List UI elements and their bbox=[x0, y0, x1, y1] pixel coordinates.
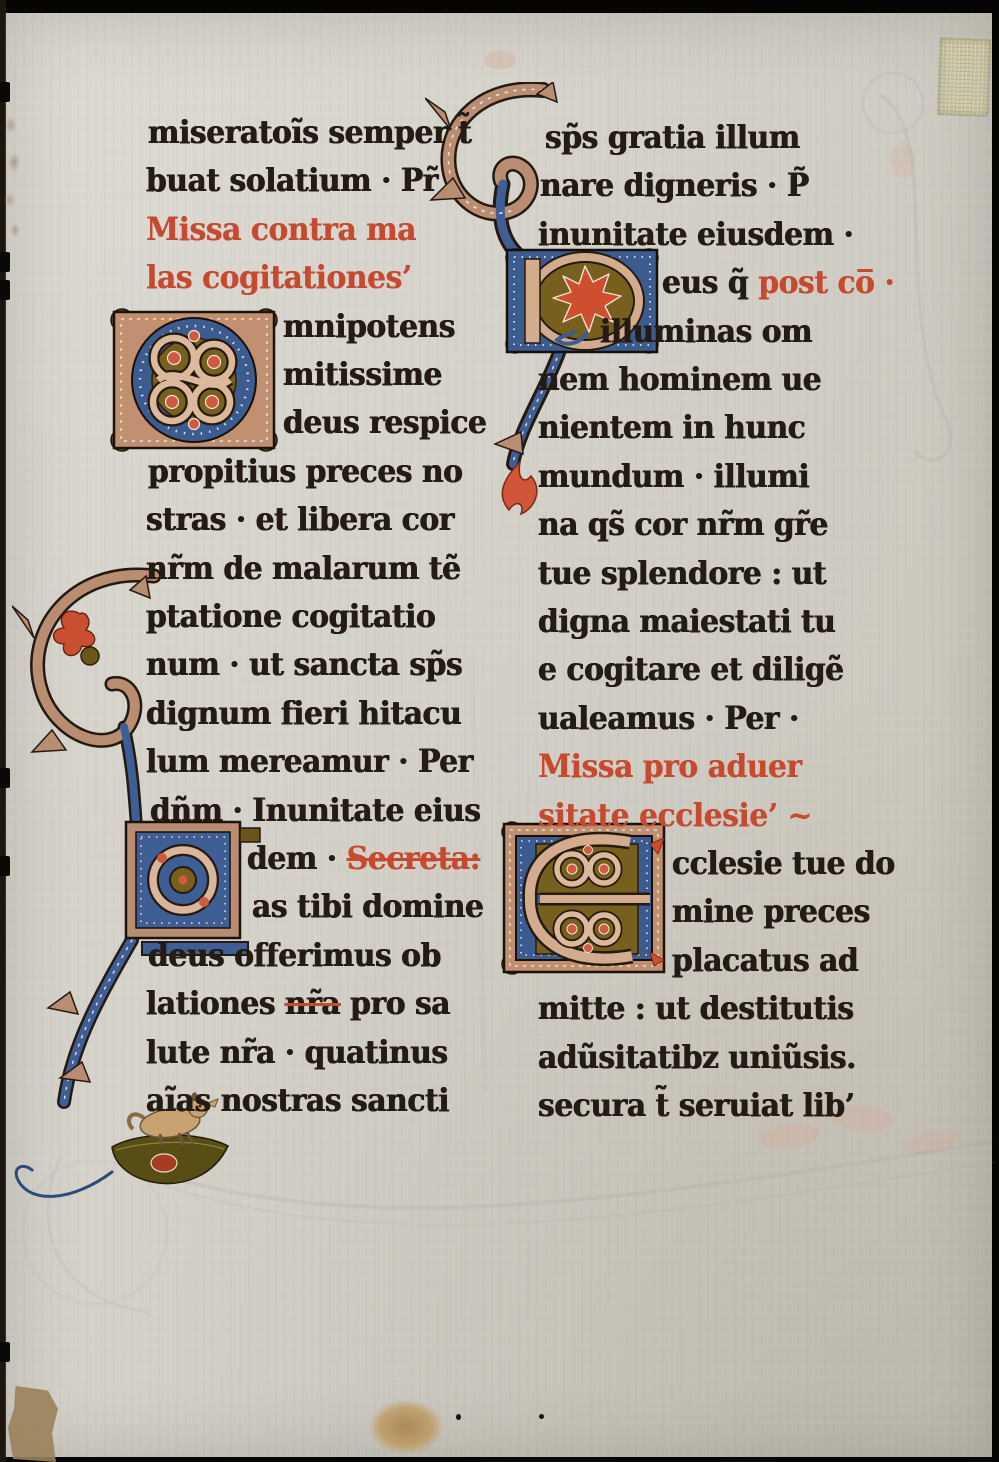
red-leaf-terminal bbox=[502, 462, 537, 514]
red-trefoil-bud bbox=[54, 611, 100, 665]
text-segment: sitate ecclesie’ ~ bbox=[538, 796, 812, 834]
text-line-left-21: aĩas nostras sancti bbox=[146, 1080, 449, 1120]
text-segment: illuminas om bbox=[600, 312, 812, 350]
text-segment: mnipotens bbox=[283, 307, 455, 345]
corner-wear-patch bbox=[8, 1386, 58, 1462]
text-line-left-7: deus respice bbox=[283, 402, 486, 442]
text-segment: mine preces bbox=[672, 892, 870, 930]
text-segment: propitius preces no bbox=[148, 452, 462, 490]
text-segment: stras · et libera cor bbox=[146, 500, 454, 538]
text-line-left-5: mnipotens bbox=[283, 306, 455, 346]
text-line-right-3: inunitate eiusdem · bbox=[538, 214, 853, 254]
text-line-left-1: miseratoĩs semper t̃ bbox=[148, 112, 471, 152]
text-line-left-16: dem · Secreta: bbox=[247, 838, 480, 878]
text-segment: ualeamus · Per · bbox=[538, 699, 799, 737]
text-segment: ptatione cogitatio bbox=[146, 597, 435, 635]
initial-e-panel bbox=[500, 820, 668, 976]
text-segment: e cogitare et diligẽ bbox=[538, 650, 844, 688]
text-line-right-6: nem hominem ue bbox=[538, 359, 821, 399]
text-line-left-15: dñm · Inunitate eius bbox=[150, 790, 481, 830]
text-segment: dñm · Inunitate eius bbox=[150, 791, 481, 829]
text-segment: lute nr̃a · quatinus bbox=[146, 1033, 448, 1071]
text-segment: dem · bbox=[247, 839, 347, 877]
binding-stitch bbox=[0, 280, 10, 300]
text-segment: nientem in hunc bbox=[538, 408, 805, 446]
text-line-right-20: adũsitatibz uniũsis. bbox=[538, 1037, 856, 1077]
text-line-right-15: sitate ecclesie’ ~ bbox=[538, 795, 812, 835]
text-segment: inunitate eiusdem · bbox=[538, 215, 853, 253]
text-line-left-4: las cogitationes’ bbox=[146, 257, 412, 297]
text-segment: deus respice bbox=[283, 403, 486, 441]
text-line-right-21: secura t̃ seruiat lib’ bbox=[538, 1085, 855, 1125]
text-segment: buat solatium · Pr̃ bbox=[146, 161, 438, 199]
text-segment: miseratoĩs semper t̃ bbox=[148, 113, 471, 151]
text-line-right-8: mundum · illumi bbox=[538, 456, 809, 496]
text-segment: Missa contra ma bbox=[146, 210, 416, 248]
text-line-left-20: lute nr̃a · quatinus bbox=[146, 1032, 448, 1072]
text-line-left-13: dignum fieri hitacu bbox=[146, 693, 461, 733]
repair-patch bbox=[937, 37, 992, 117]
initial-o-panel bbox=[108, 306, 280, 454]
text-line-right-4: eus q̃ post co̅ · bbox=[662, 262, 894, 302]
text-line-right-7: nientem in hunc bbox=[538, 407, 805, 447]
text-segment: sp̃s gratia illum bbox=[545, 118, 800, 156]
text-line-left-17: as tibi domine bbox=[252, 886, 483, 926]
text-line-right-5: illuminas om bbox=[600, 311, 812, 351]
text-line-right-17: mine preces bbox=[672, 891, 870, 931]
text-segment: cclesie tue do bbox=[672, 844, 895, 882]
text-segment: digna maiestati tu bbox=[538, 602, 835, 640]
text-segment: mitte : ut destitutis bbox=[538, 989, 854, 1027]
text-segment: aĩas nostras sancti bbox=[146, 1081, 449, 1119]
binding-stitch bbox=[0, 252, 10, 272]
text-segment: Missa pro aduer bbox=[538, 747, 801, 785]
text-segment: deus offerimus ob bbox=[148, 936, 441, 974]
text-segment: mitissime bbox=[283, 355, 442, 393]
text-line-left-8: propitius preces no bbox=[148, 451, 462, 491]
text-segment: pro sa bbox=[340, 984, 450, 1022]
text-segment: las cogitationes’ bbox=[146, 258, 412, 296]
text-segment: as tibi domine bbox=[252, 887, 483, 925]
text-line-left-6: mitissime bbox=[283, 354, 442, 394]
text-segment: placatus ad bbox=[672, 941, 858, 979]
text-line-left-11: ptatione cogitatio bbox=[146, 596, 435, 636]
text-segment: tue splendore : ut bbox=[538, 554, 826, 592]
binding-stitch bbox=[0, 1342, 10, 1362]
manuscript-photo: miseratoĩs semper t̃buat solatium · Pr̃M… bbox=[0, 0, 999, 1462]
text-line-left-9: stras · et libera cor bbox=[146, 499, 454, 539]
binding-stitch bbox=[0, 82, 10, 102]
text-line-right-16: cclesie tue do bbox=[672, 843, 895, 883]
text-line-right-12: e cogitare et diligẽ bbox=[538, 649, 844, 689]
text-segment: adũsitatibz uniũsis. bbox=[538, 1038, 856, 1076]
text-line-right-14: Missa pro aduer bbox=[538, 746, 801, 786]
text-line-right-2: nare digneris · P̃ bbox=[540, 165, 809, 205]
text-segment: Secreta: bbox=[347, 839, 480, 877]
text-line-left-18: deus offerimus ob bbox=[148, 935, 441, 975]
text-line-right-11: digna maiestati tu bbox=[538, 601, 835, 641]
text-segment: secura t̃ seruiat lib’ bbox=[538, 1086, 855, 1124]
text-line-left-10: nr̃m de malarum tẽ bbox=[146, 548, 461, 588]
text-segment: na qs̃ cor nr̃m gr̃e bbox=[538, 505, 828, 543]
text-segment: lum mereamur · Per bbox=[146, 742, 473, 780]
text-segment: nr̃m de malarum tẽ bbox=[146, 549, 461, 587]
pinhole bbox=[539, 1414, 544, 1419]
text-line-right-9: na qs̃ cor nr̃m gr̃e bbox=[538, 504, 828, 544]
text-segment: post co̅ · bbox=[758, 263, 894, 301]
text-line-left-19: lationes nr̃a pro sa bbox=[146, 983, 450, 1023]
text-line-left-3: Missa contra ma bbox=[146, 209, 416, 249]
text-line-right-13: ualeamus · Per · bbox=[538, 698, 799, 738]
text-line-right-19: mitte : ut destitutis bbox=[538, 988, 854, 1028]
text-line-left-14: lum mereamur · Per bbox=[146, 741, 473, 781]
binding-stitch bbox=[0, 856, 10, 876]
text-segment: lationes bbox=[146, 984, 285, 1022]
edge-wear bbox=[2, 95, 24, 245]
text-segment: mundum · illumi bbox=[538, 457, 809, 495]
text-line-right-18: placatus ad bbox=[672, 940, 858, 980]
text-segment: eus q̃ bbox=[662, 263, 758, 301]
text-segment: nem hominem ue bbox=[538, 360, 821, 398]
text-segment: dignum fieri hitacu bbox=[146, 694, 461, 732]
binding-stitch bbox=[0, 768, 10, 788]
text-line-left-2: buat solatium · Pr̃ bbox=[146, 160, 438, 200]
text-segment: nr̃a bbox=[285, 984, 340, 1022]
text-line-right-1: sp̃s gratia illum bbox=[545, 117, 800, 157]
text-segment: nare digneris · P̃ bbox=[540, 166, 809, 204]
text-line-left-12: num · ut sancta sp̃s bbox=[146, 644, 462, 684]
text-segment: num · ut sancta sp̃s bbox=[146, 645, 462, 683]
text-line-right-10: tue splendore : ut bbox=[538, 553, 826, 593]
pinhole bbox=[456, 1414, 461, 1420]
